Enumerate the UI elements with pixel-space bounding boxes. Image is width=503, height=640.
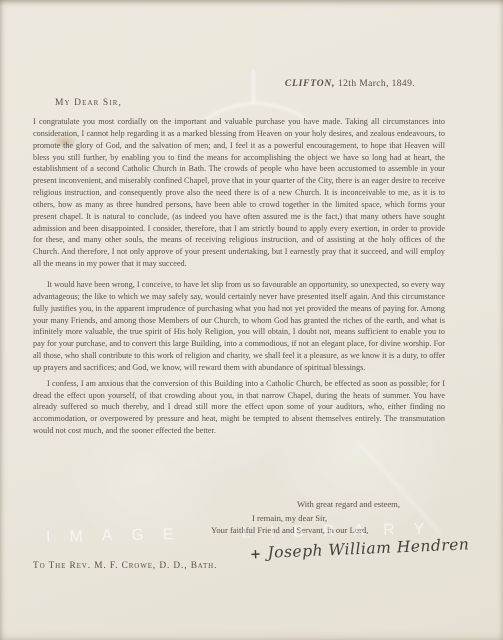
watermark-emblem-stem bbox=[252, 70, 255, 104]
closing-remain: I remain, my dear Sir, bbox=[252, 513, 327, 523]
dateline: CLIFTON, 12th March, 1849. bbox=[285, 79, 415, 89]
watermark-streak bbox=[358, 442, 441, 533]
signature-handwritten: +Joseph William Hendren bbox=[250, 536, 466, 563]
letter-body: I congratulate you most cordially on the… bbox=[33, 116, 445, 437]
paragraph-3: I confess, I am anxious that the convers… bbox=[33, 378, 445, 437]
closing-servant: Your faithful Friend and Servant, in our… bbox=[211, 525, 368, 535]
signature-name: Joseph William Hendren bbox=[267, 535, 470, 561]
salutation: My Dear Sir, bbox=[55, 98, 122, 108]
paragraph-2: It would have been wrong, I conceive, to… bbox=[33, 279, 445, 374]
dateline-date: 12th March, 1849. bbox=[335, 79, 415, 89]
paragraph-1: I congratulate you most cordially on the… bbox=[33, 116, 445, 270]
cross-icon: + bbox=[250, 547, 262, 562]
closing-regard: With great regard and esteem, bbox=[297, 499, 400, 509]
dateline-place: CLIFTON, bbox=[285, 79, 335, 89]
scanned-letter-page: CLIFTON, 12th March, 1849. My Dear Sir, … bbox=[0, 0, 503, 640]
addressee-line: To The Rev. M. F. Crowe, D. D., Bath. bbox=[33, 561, 217, 571]
